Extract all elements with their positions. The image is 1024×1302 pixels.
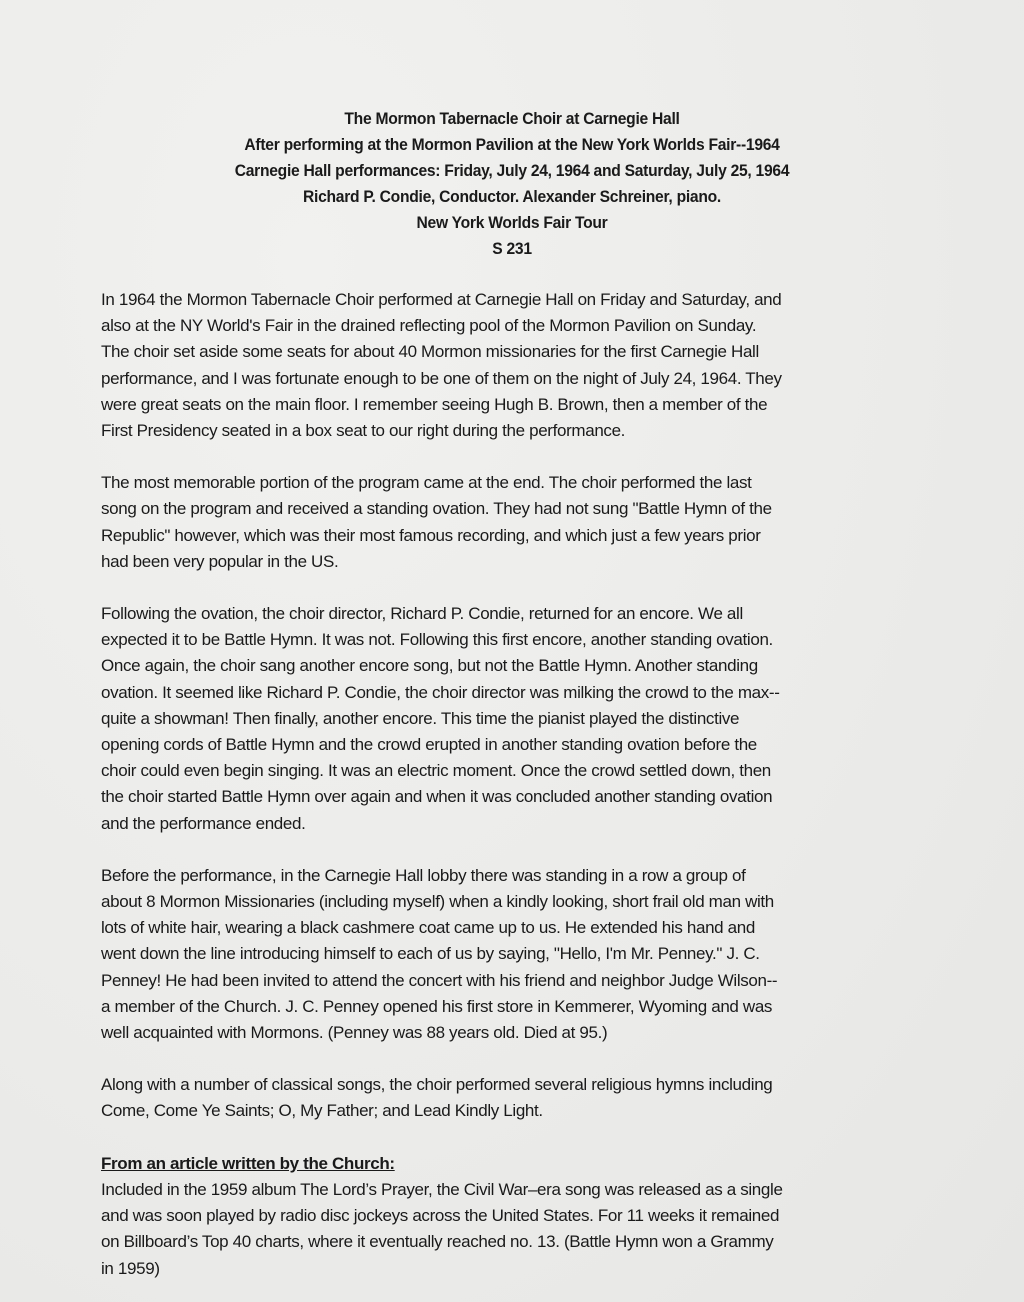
text-line: in 1959) [101,1256,160,1282]
header-title: The Mormon Tabernacle Choir at Carnegie … [41,106,983,132]
text-line: choir could even begin singing. It was a… [101,758,771,784]
text-line: also at the NY World's Fair in the drain… [101,313,756,339]
text-line: had been very popular in the US. [101,549,338,575]
header-catalog-number: S 231 [41,236,983,262]
text-line: performance, and I was fortunate enough … [101,366,782,392]
text-line: opening cords of Battle Hymn and the cro… [101,732,757,758]
text-line: First Presidency seated in a box seat to… [101,418,625,444]
article-section: From an article written by the Church: I… [101,1151,941,1282]
text-line: Once again, the choir sang another encor… [101,653,758,679]
text-line: quite a showman! Then finally, another e… [101,706,739,732]
paragraph-encores: Following the ovation, the choir directo… [101,601,941,837]
text-line: the choir started Battle Hymn over again… [101,784,772,810]
header-dates: Carnegie Hall performances: Friday, July… [41,158,983,184]
text-line: and the performance ended. [101,811,306,837]
header-credits: Richard P. Condie, Conductor. Alexander … [41,184,983,210]
paragraph-hymns: Along with a number of classical songs, … [101,1072,941,1124]
text-line: a member of the Church. J. C. Penney ope… [101,994,772,1020]
text-line: and was soon played by radio disc jockey… [101,1203,779,1229]
article-heading: From an article written by the Church: [101,1151,941,1177]
text-line: The choir set aside some seats for about… [101,339,759,365]
text-line: went down the line introducing himself t… [101,941,760,967]
paragraph-carnegie-hall: In 1964 the Mormon Tabernacle Choir perf… [101,287,941,444]
text-line: In 1964 the Mormon Tabernacle Choir perf… [101,287,781,313]
text-line: were great seats on the main floor. I re… [101,392,767,418]
text-line: Following the ovation, the choir directo… [101,601,743,627]
text-line: about 8 Mormon Missionaries (including m… [101,889,774,915]
text-line: ovation. It seemed like Richard P. Condi… [101,680,780,706]
header-subtitle: After performing at the Mormon Pavilion … [41,132,983,158]
text-line: Before the performance, in the Carnegie … [101,863,746,889]
document-body: In 1964 the Mormon Tabernacle Choir perf… [101,287,941,1302]
text-line: Along with a number of classical songs, … [101,1072,772,1098]
header-tour: New York Worlds Fair Tour [41,210,983,236]
paragraph-memorable-portion: The most memorable portion of the progra… [101,470,941,575]
text-line: Come, Come Ye Saints; O, My Father; and … [101,1098,543,1124]
text-line: The most memorable portion of the progra… [101,470,752,496]
text-line: well acquainted with Mormons. (Penney wa… [101,1020,607,1046]
text-line: Republic" however, which was their most … [101,523,761,549]
paragraph-penney: Before the performance, in the Carnegie … [101,863,941,1046]
text-line: lots of white hair, wearing a black cash… [101,915,755,941]
text-line: song on the program and received a stand… [101,496,772,522]
text-line: Penney! He had been invited to attend th… [101,968,777,994]
text-line: on Billboard’s Top 40 charts, where it e… [101,1229,773,1255]
text-line: expected it to be Battle Hymn. It was no… [101,627,773,653]
document-header: The Mormon Tabernacle Choir at Carnegie … [41,106,983,262]
text-line: Included in the 1959 album The Lord’s Pr… [101,1177,783,1203]
